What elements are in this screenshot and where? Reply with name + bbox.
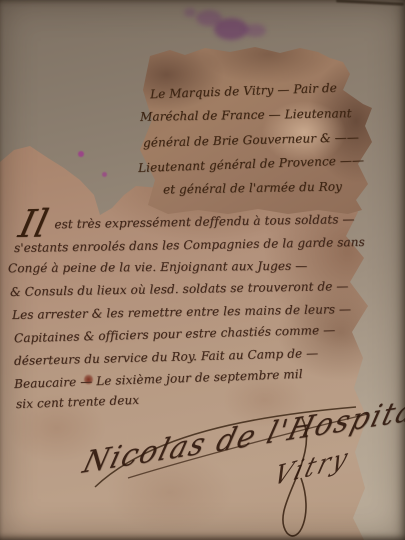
manuscript-photograph: Le Marquis de Vitry — Pair de Maréchal d… [0, 0, 405, 540]
signature-flourish [0, 0, 405, 540]
